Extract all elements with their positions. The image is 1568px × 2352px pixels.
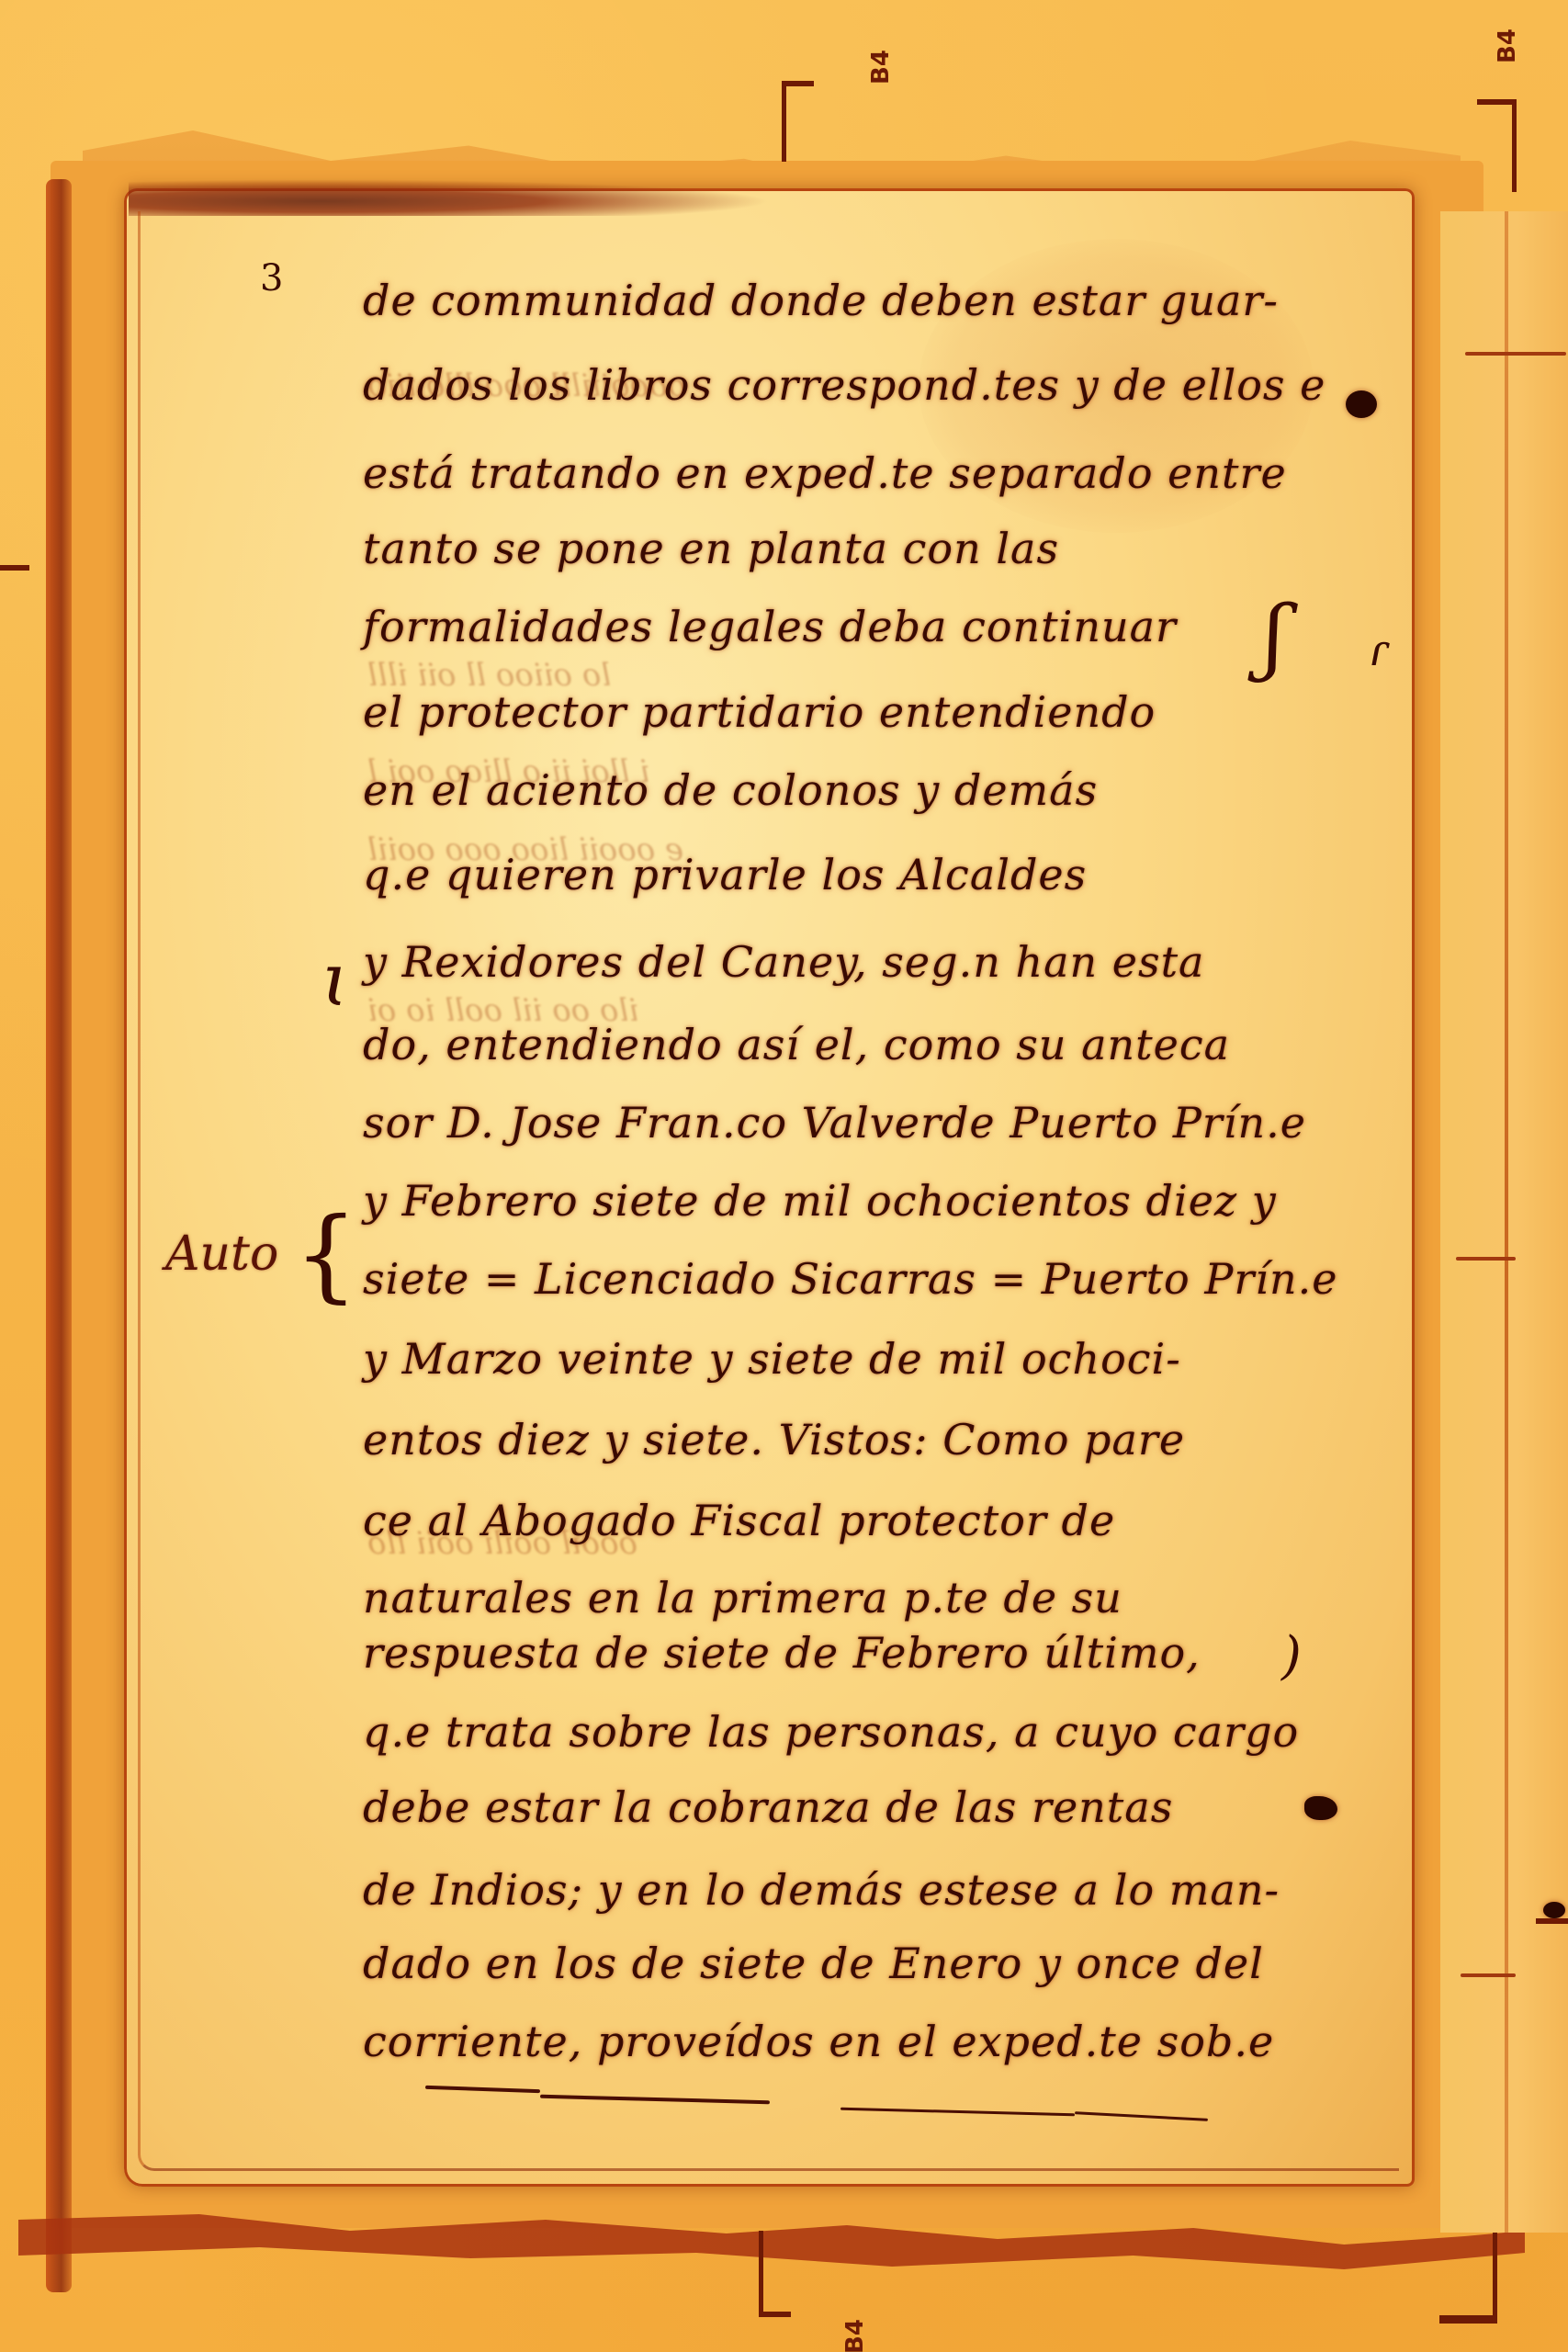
crop-mark-bottom-right [1439,2233,1497,2324]
manuscript-line: formalidades legales deba continuar [363,602,1177,651]
manuscript-line: q.e trata sobre las personas, a cuyo car… [363,1707,1299,1757]
manuscript-line: q.e quieren privarle los Alcaldes [363,850,1087,899]
binding-stitch [1461,1973,1516,1977]
crop-mark-label: B4 [841,2319,869,2352]
manuscript-line: do, entendiendo así el, como su anteca [363,1020,1230,1069]
pen-flourish: ɩ [321,937,350,1023]
ink-blot [1346,390,1377,418]
manuscript-line: de communidad donde deben estar guar- [363,276,1279,325]
fold-line [1505,211,1508,2233]
page-top-edge-damage [129,179,772,216]
manuscript-line: dados los libros correspond.tes y de ell… [363,360,1325,410]
manuscript-line: y Febrero siete de mil ochocientos diez … [363,1176,1277,1226]
registration-tick-right [1536,1918,1568,1924]
manuscript-line: dado en los de siete de Enero y once del [363,1939,1264,1988]
registration-tick-left [0,565,29,571]
ink-blot [1304,1796,1337,1820]
manuscript-line: de Indios; y en lo demás estese a lo man… [363,1865,1280,1915]
manuscript-line: tanto se pone en planta con las [363,524,1059,573]
manuscript-line: siete = Licenciado Sicarras = Puerto Prí… [363,1254,1338,1304]
manuscript-line: el protector partidario entendiendo [363,687,1156,737]
manuscript-line: en el aciento de colonos y demás [363,765,1098,815]
left-binding-edge [46,179,72,2292]
manuscript-line: respuesta de siete de Febrero último, [363,1628,1201,1678]
manuscript-line: entos diez y siete. Vistos: Como pare [363,1415,1185,1464]
binding-stitch [1465,352,1566,356]
pen-flourish: ʃ [1263,588,1285,684]
folio-corner-mark: 3 [260,257,283,300]
manuscript-line: ce al Abogado Fiscal protector de [363,1496,1115,1545]
manuscript-line: naturales en la primera p.te de su [363,1573,1122,1623]
crop-mark-top-center [782,81,814,162]
manuscript-line: debe estar la cobranza de las rentas [363,1782,1173,1832]
manuscript-line: y Marzo veinte y siete de mil ochoci- [363,1334,1181,1384]
binding-stitch [1456,1257,1516,1261]
crop-mark-label: B4 [1494,28,1521,63]
pen-flourish: ) [1281,1626,1302,1686]
pen-flourish: ɾ [1369,625,1389,676]
crop-mark-bottom-center [759,2231,791,2317]
crop-mark-label: B4 [867,50,895,85]
crop-mark-top-right [1477,99,1517,192]
manuscript-line: sor D. Jose Fran.co Valverde Puerto Prín… [363,1098,1306,1148]
manuscript-line: corriente, proveídos en el exped.te sob.… [363,2017,1274,2066]
manuscript-line: y Rexidores del Caney, seg.n han esta [363,937,1204,987]
ink-blot [1543,1902,1565,1918]
manuscript-line: está tratando en exped.te separado entre [363,448,1287,498]
margin-brace: { [294,1204,358,1305]
margin-note-auto: Auto [165,1227,278,1282]
